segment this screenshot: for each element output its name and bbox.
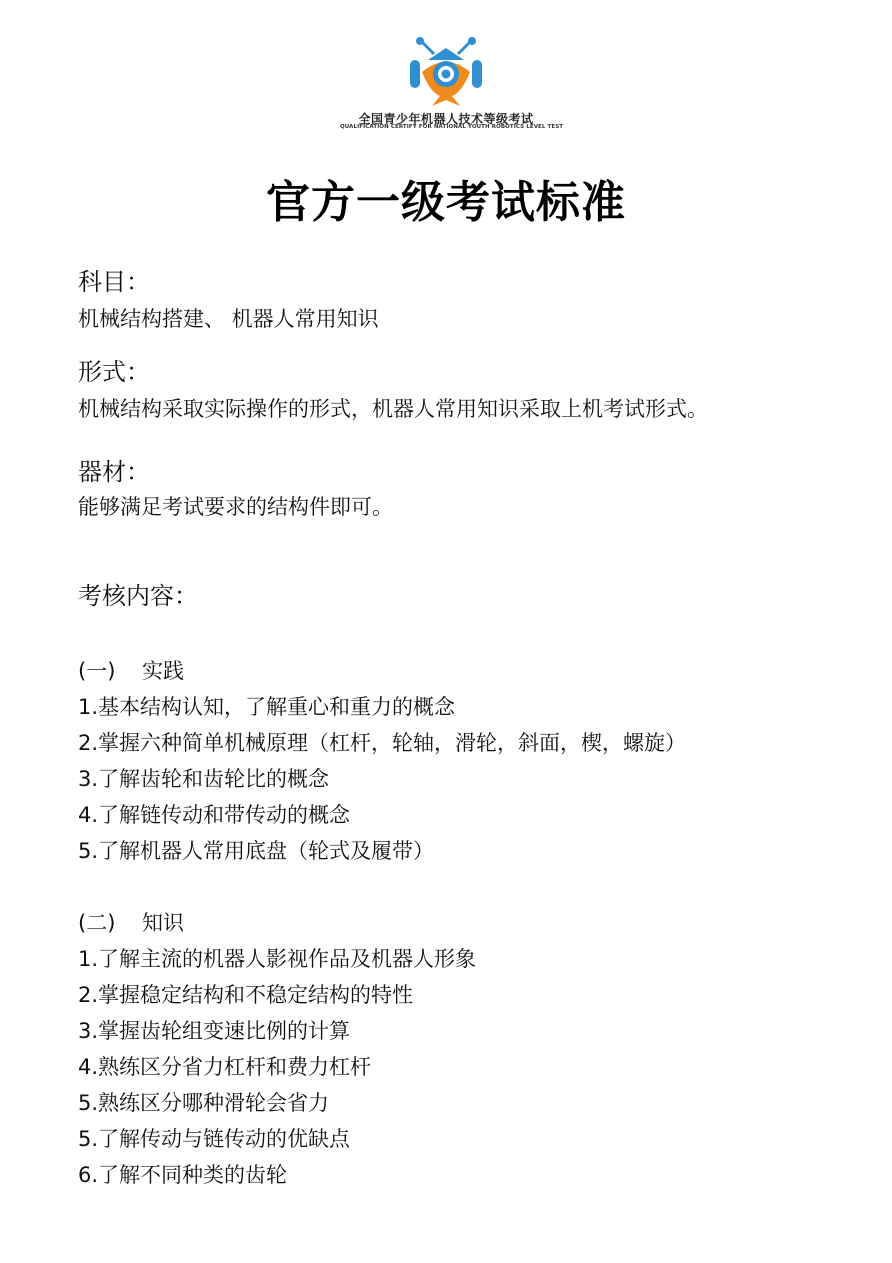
logo-name-en: QUALIFICATION CERTIFY FOR NATIONAL YOUTH… bbox=[340, 124, 552, 130]
section-heading-practice: (一)实践 bbox=[78, 655, 184, 685]
subject-label: 科目： bbox=[78, 262, 150, 297]
list-item: 4.熟练区分省力杠杆和费力杠杆 bbox=[78, 1051, 371, 1081]
page-title: 官方一级考试标准 bbox=[0, 166, 892, 230]
list-item: 1.了解主流的机器人影视作品及机器人形象 bbox=[78, 943, 476, 973]
list-item: 2.掌握稳定结构和不稳定结构的特性 bbox=[78, 979, 413, 1009]
list-item: 3.掌握齿轮组变速比例的计算 bbox=[78, 1015, 350, 1045]
list-item: 2.掌握六种简单机械原理（杠杆，轮轴，滑轮，斜面，楔，螺旋） bbox=[78, 727, 686, 757]
equipment-label: 器材： bbox=[78, 452, 150, 487]
format-label: 形式： bbox=[78, 352, 150, 387]
subject-value: 机械结构搭建、 机器人常用知识 bbox=[78, 303, 379, 333]
format-value: 机械结构采取实际操作的形式，机器人常用知识采取上机考试形式。 bbox=[78, 393, 708, 423]
list-item: 5.熟练区分哪种滑轮会省力 bbox=[78, 1087, 329, 1117]
section-number: (一) bbox=[78, 655, 142, 685]
section-number: (二) bbox=[78, 907, 142, 937]
list-item: 6.了解不同种类的齿轮 bbox=[78, 1159, 287, 1189]
section-name: 知识 bbox=[142, 911, 184, 935]
equipment-value: 能够满足考试要求的结构件即可。 bbox=[78, 491, 393, 521]
list-item: 5.了解传动与链传动的优缺点 bbox=[78, 1123, 350, 1153]
list-item: 1.基本结构认知，了解重心和重力的概念 bbox=[78, 691, 455, 721]
section-heading-knowledge: (二)知识 bbox=[78, 907, 184, 937]
section-name: 实践 bbox=[142, 659, 184, 683]
list-item: 4.了解链传动和带传动的概念 bbox=[78, 799, 350, 829]
robot-logo-icon bbox=[400, 36, 492, 108]
list-item: 3.了解齿轮和齿轮比的概念 bbox=[78, 763, 329, 793]
list-item: 5.了解机器人常用底盘（轮式及履带） bbox=[78, 835, 434, 865]
content-label: 考核内容： bbox=[78, 576, 198, 611]
